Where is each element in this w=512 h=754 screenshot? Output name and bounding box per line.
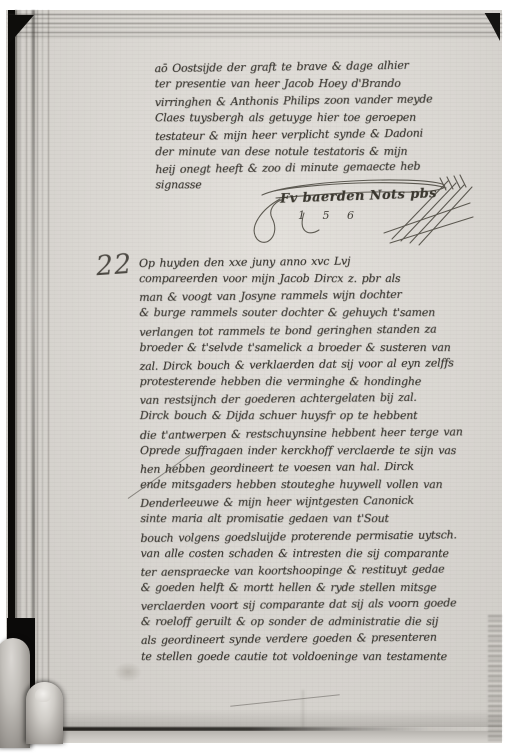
- fingernail: [35, 688, 51, 702]
- bottom-edge-band: [8, 731, 502, 743]
- handwritten-line: broeder & t'selvde t'samelick a broeder …: [139, 339, 473, 356]
- handwritten-line: die t'antwerpen & restschuynsine hebbent…: [140, 423, 474, 444]
- signature-date: 1 5 6: [298, 209, 361, 222]
- handwritten-line: zal. Dirck bouch & verklaerden dat sij v…: [139, 354, 473, 375]
- right-edge-smudge: [488, 615, 502, 741]
- handwritten-line: ter aenspraecke van koortshoopinge & res…: [140, 560, 474, 581]
- handwritten-line: Claes tuysbergh als getuyge hier toe ger…: [155, 109, 471, 126]
- handwritten-line: testateur & mijn heer verplicht synde & …: [155, 125, 471, 146]
- handwritten-line: virringhen & Anthonis Philips zoon vande…: [155, 91, 471, 112]
- paper-stain: [114, 662, 142, 682]
- handwritten-line: als geordineert synde verdere goeden & p…: [141, 629, 475, 650]
- scan-photo: aō Oostsijde der graft te brave & dage a…: [6, 10, 502, 743]
- handwritten-line: bouch volgens goedsluijde proterende per…: [140, 526, 474, 547]
- handwritten-line: hen hebben geordineert te voesen van hal…: [140, 457, 474, 478]
- handwritten-line: verlangen tot rammels te bond geringhen …: [139, 320, 473, 341]
- handwritten-line: & burge rammels souter dochter & gehuych…: [139, 304, 473, 321]
- page-edge-streaks-top: [8, 14, 502, 40]
- handwritten-line: Dirck bouch & Dijda schuer huysfr op te …: [140, 407, 474, 424]
- bottom-edge-fade: [8, 710, 502, 727]
- handwritten-line: sinte maria alt promisatie gedaen van t'…: [140, 510, 474, 527]
- handwritten-line: te stellen goede cautie tot voldoeninge …: [141, 648, 475, 665]
- margin-number: 22: [95, 249, 133, 282]
- crease-line: [230, 694, 340, 706]
- notary-signature: Fv baerden Nots pbs 1 5 6: [244, 173, 476, 251]
- handwritten-line: & goeden helft & mortt hellen & ryde ste…: [141, 579, 475, 596]
- handwritten-line: Oprede suffragaen inder kerckhoff vercla…: [140, 442, 474, 459]
- handwritten-line: ende mitsgaders hebben stouteghe huywell…: [140, 476, 474, 493]
- bottom-fold-mark: [302, 690, 304, 730]
- scanned-manuscript-screenshot: aō Oostsijde der graft te brave & dage a…: [0, 0, 512, 754]
- handwritten-line: van alle costen schaden & intresten die …: [140, 545, 474, 562]
- main-paragraph: Op huyden den xxe juny anno xvc Lvj comp…: [139, 252, 475, 665]
- handwritten-line: Op huyden den xxe juny anno xvc Lvj: [139, 251, 473, 272]
- handwritten-line: ter presentie van heer Jacob Hoey d'Bran…: [155, 76, 471, 93]
